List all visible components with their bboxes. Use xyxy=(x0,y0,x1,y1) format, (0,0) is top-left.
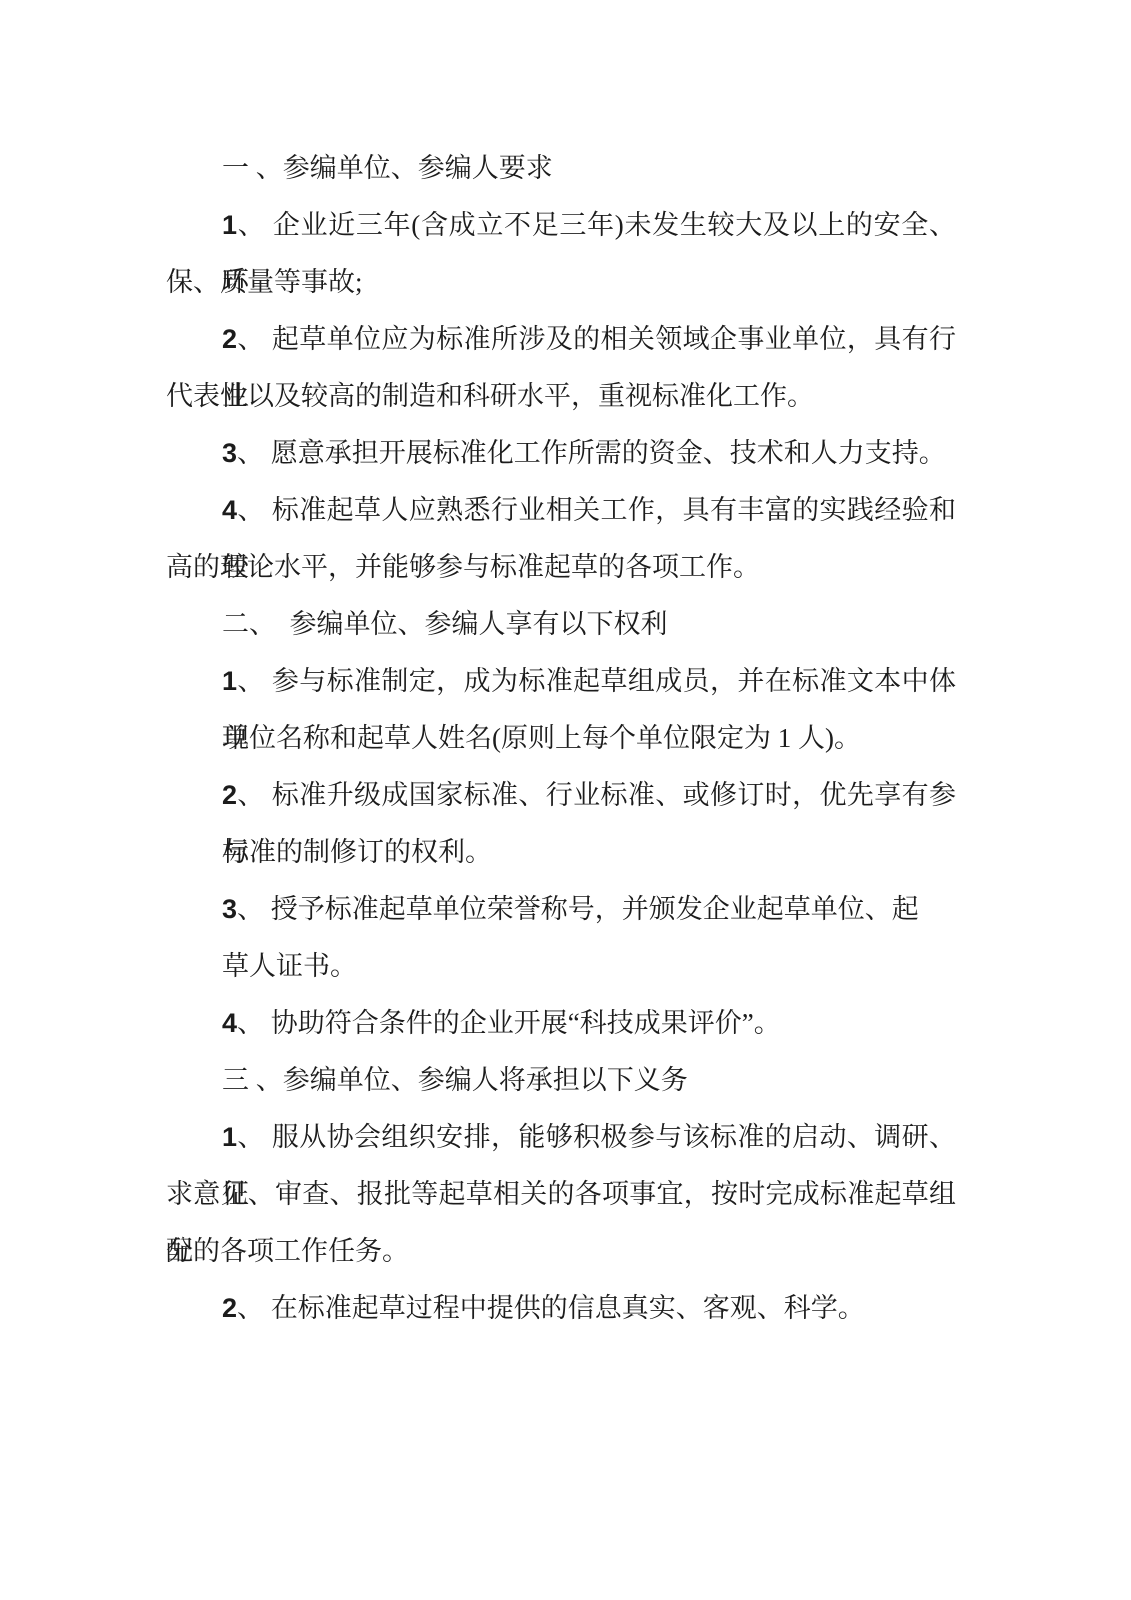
text-line: 3、 愿意承担开展标准化工作所需的资金、技术和人力支持。 xyxy=(166,425,956,482)
text-line: 二、 参编单位、参编人享有以下权利 xyxy=(166,596,956,653)
text-line: 代表性以及较高的制造和科研水平，重视标准化工作。 xyxy=(166,368,956,425)
text-line: 2、 标准升级成国家标准、行业标准、或修订时，优先享有参与 xyxy=(166,767,956,824)
text-line: 3、 授予标准起草单位荣誉称号，并颁发企业起草单位、起 xyxy=(166,881,956,938)
document-page: { "page": { "background_color": "#ffffff… xyxy=(0,0,1131,1600)
text-line: 2、 在标准起草过程中提供的信息真实、客观、科学。 xyxy=(166,1280,956,1337)
list-number: 1 xyxy=(222,210,237,240)
text-line: 1、 服从协会组织安排，能够积极参与该标准的启动、调研、征 xyxy=(166,1109,956,1166)
text-line: 4、 协助符合条件的企业开展“科技成果评价”。 xyxy=(166,995,956,1052)
list-number: 3 xyxy=(222,894,237,924)
list-number: 2 xyxy=(222,324,237,354)
text-line: 高的理论水平，并能够参与标准起草的各项工作。 xyxy=(166,539,956,596)
text-line: 1、 企业近三年(含成立不足三年)未发生较大及以上的安全、环 xyxy=(166,197,956,254)
list-number: 4 xyxy=(222,495,237,525)
text-line: 配的各项工作任务。 xyxy=(166,1223,956,1280)
list-number: 3 xyxy=(222,438,237,468)
text-line: 保、质量等事故; xyxy=(166,254,956,311)
list-number: 2 xyxy=(222,1293,237,1323)
text-line: 草人证书。 xyxy=(166,938,956,995)
list-number: 2 xyxy=(222,780,237,810)
text-line: 标准的制修订的权利。 xyxy=(166,824,956,881)
list-number: 1 xyxy=(222,1122,237,1152)
text-line: 三 、参编单位、参编人将承担以下义务 xyxy=(166,1052,956,1109)
text-line: 2、 起草单位应为标准所涉及的相关领域企事业单位，具有行业 xyxy=(166,311,956,368)
text-line: 求意见、审查、报批等起草相关的各项事宜，按时完成标准起草组分 xyxy=(166,1166,956,1223)
list-number: 4 xyxy=(222,1008,237,1038)
document-body: 一 、参编单位、参编人要求1、 企业近三年(含成立不足三年)未发生较大及以上的安… xyxy=(166,140,956,1337)
text-line: 4、 标准起草人应熟悉行业相关工作，具有丰富的实践经验和较 xyxy=(166,482,956,539)
list-number: 1 xyxy=(222,666,237,696)
text-line: 一 、参编单位、参编人要求 xyxy=(166,140,956,197)
text-line: 单位名称和起草人姓名(原则上每个单位限定为 1 人)。 xyxy=(166,710,956,767)
text-line: 1、 参与标准制定，成为标准起草组成员，并在标准文本中体现 xyxy=(166,653,956,710)
